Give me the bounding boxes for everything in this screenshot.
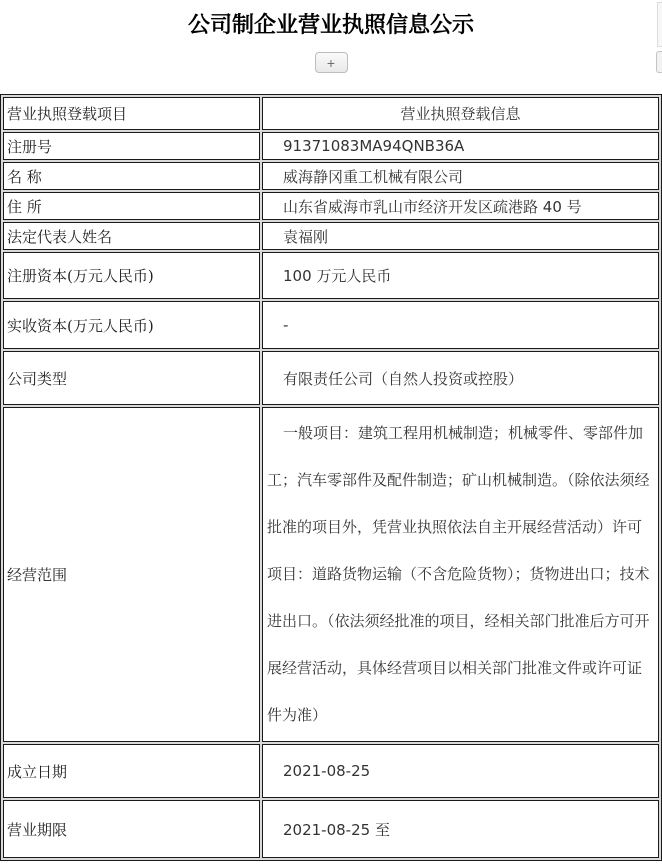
row-value-cell: 袁福刚 bbox=[262, 222, 659, 250]
row-label-cell: 成立日期 bbox=[3, 744, 260, 798]
table-header-row: 营业执照登载项目 营业执照登载信息 bbox=[3, 97, 659, 130]
row-label-cell: 注册资本(万元人民币) bbox=[3, 252, 260, 299]
page-title: 公司制企业营业执照信息公示 bbox=[0, 12, 662, 38]
table-row: 注册号 91371083MA94QNB36A bbox=[3, 132, 659, 160]
right-edge-cutoff-add-button[interactable] bbox=[656, 51, 662, 73]
add-button[interactable]: + bbox=[315, 52, 348, 73]
row-value-cell: 2021-08-25 至 bbox=[262, 800, 659, 858]
row-label-cell: 住 所 bbox=[3, 192, 260, 220]
table-row: 法定代表人姓名 袁福刚 bbox=[3, 222, 659, 250]
license-table: 营业执照登载项目 营业执照登载信息 注册号 91371083MA94QNB36A… bbox=[0, 94, 662, 861]
row-value-cell: 2021-08-25 bbox=[262, 744, 659, 798]
row-label-cell: 名 称 bbox=[3, 162, 260, 190]
header-info-col: 营业执照登载信息 bbox=[262, 97, 659, 130]
table-row: 名 称 威海静冈重工机械有限公司 bbox=[3, 162, 659, 190]
table-row: 公司类型 有限责任公司（自然人投资或控股） bbox=[3, 351, 659, 405]
row-value-cell: 91371083MA94QNB36A bbox=[262, 132, 659, 160]
table-row: 成立日期 2021-08-25 bbox=[3, 744, 659, 798]
header-item-col: 营业执照登载项目 bbox=[3, 97, 260, 130]
table-row: 住 所 山东省威海市乳山市经济开发区疏港路 40 号 bbox=[3, 192, 659, 220]
table-row: 经营范围 一般项目：建筑工程用机械制造；机械零件、零部件加工；汽车零部件及配件制… bbox=[3, 407, 659, 742]
table-row: 注册资本(万元人民币) 100 万元人民币 bbox=[3, 252, 659, 299]
table-row: 营业期限 2021-08-25 至 bbox=[3, 800, 659, 858]
row-value-cell: 威海静冈重工机械有限公司 bbox=[262, 162, 659, 190]
toolbar: + bbox=[0, 52, 662, 74]
row-label-cell: 注册号 bbox=[3, 132, 260, 160]
right-edge-cutoff-box bbox=[657, 2, 662, 47]
row-label-cell: 实收资本(万元人民币) bbox=[3, 301, 260, 349]
row-label-cell: 营业期限 bbox=[3, 800, 260, 858]
row-value-cell: 山东省威海市乳山市经济开发区疏港路 40 号 bbox=[262, 192, 659, 220]
row-value-cell: 有限责任公司（自然人投资或控股） bbox=[262, 351, 659, 405]
row-label-cell: 法定代表人姓名 bbox=[3, 222, 260, 250]
row-value-cell: 一般项目：建筑工程用机械制造；机械零件、零部件加工；汽车零部件及配件制造；矿山机… bbox=[262, 407, 659, 742]
row-label-cell: 经营范围 bbox=[3, 407, 260, 742]
table-row: 实收资本(万元人民币) - bbox=[3, 301, 659, 349]
row-label-cell: 公司类型 bbox=[3, 351, 260, 405]
row-value-cell: - bbox=[262, 301, 659, 349]
row-value-cell: 100 万元人民币 bbox=[262, 252, 659, 299]
